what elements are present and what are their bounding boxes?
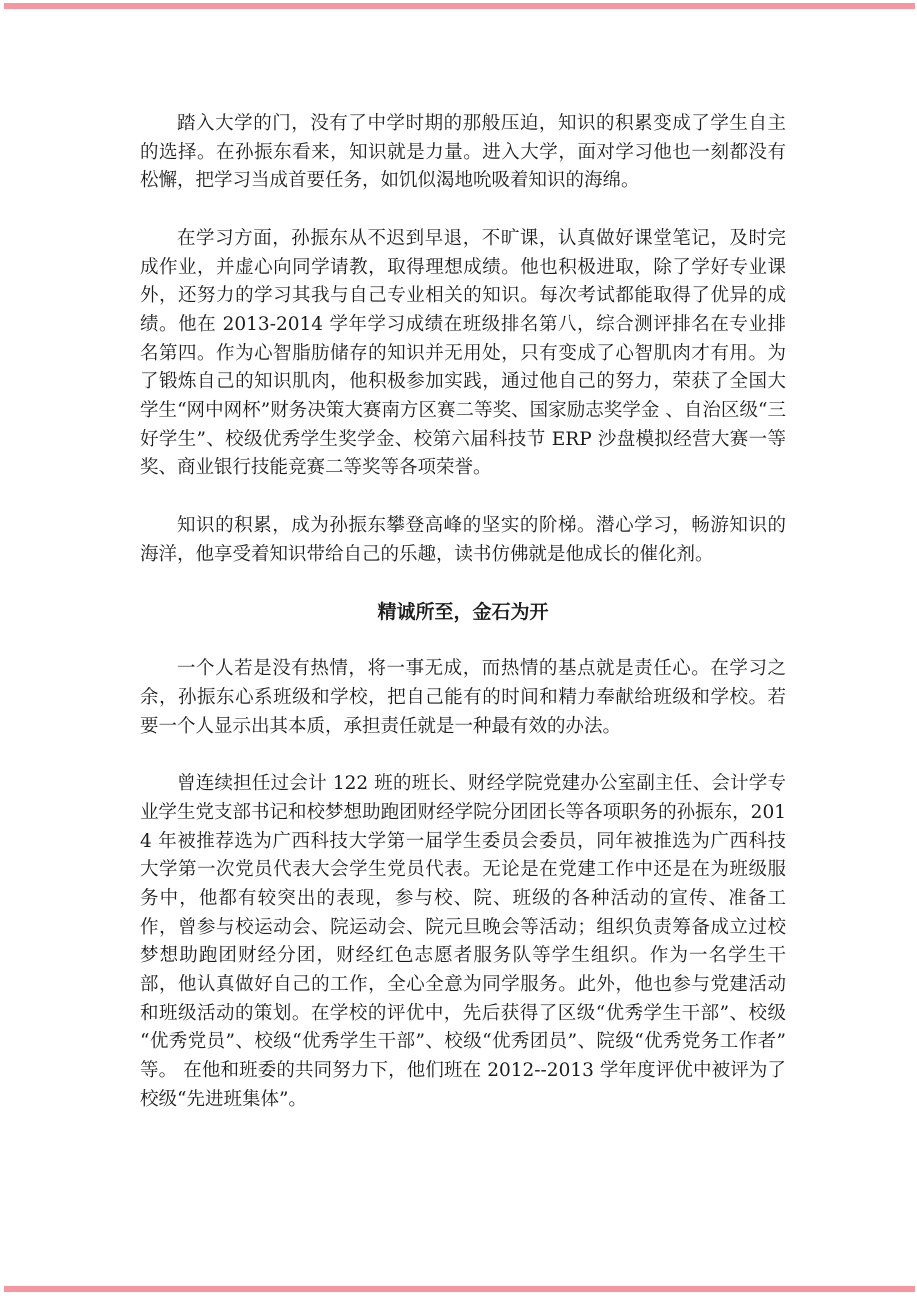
document-body: 踏入大学的门，没有了中学时期的那般压迫，知识的积累变成了学生自主的选择。在孙振东… bbox=[140, 110, 786, 1143]
section-heading: 精诚所至，金石为开 bbox=[140, 598, 786, 627]
document-page: 踏入大学的门，没有了中学时期的那般压迫，知识的积累变成了学生自主的选择。在孙振东… bbox=[0, 0, 917, 1296]
page-border-top bbox=[4, 3, 915, 9]
paragraph-intro-study-choice: 踏入大学的门，没有了中学时期的那般压迫，知识的积累变成了学生自主的选择。在孙振东… bbox=[140, 110, 786, 196]
paragraph-positions-and-honors: 曾连续担任过会计 122 班的班长、财经学院党建办公室副主任、会计学专业学生党支… bbox=[140, 770, 786, 1114]
paragraph-knowledge-ladder: 知识的积累，成为孙振东攀登高峰的坚实的阶梯。潜心学习，畅游知识的海洋，他享受着知… bbox=[140, 512, 786, 569]
paragraph-passion-responsibility: 一个人若是没有热情，将一事无成，而热情的基点就是责任心。在学习之余，孙振东心系班… bbox=[140, 655, 786, 741]
paragraph-study-achievements: 在学习方面，孙振东从不迟到早退，不旷课，认真做好课堂笔记，及时完成作业，并虚心向… bbox=[140, 225, 786, 483]
page-border-bottom bbox=[4, 1286, 915, 1292]
